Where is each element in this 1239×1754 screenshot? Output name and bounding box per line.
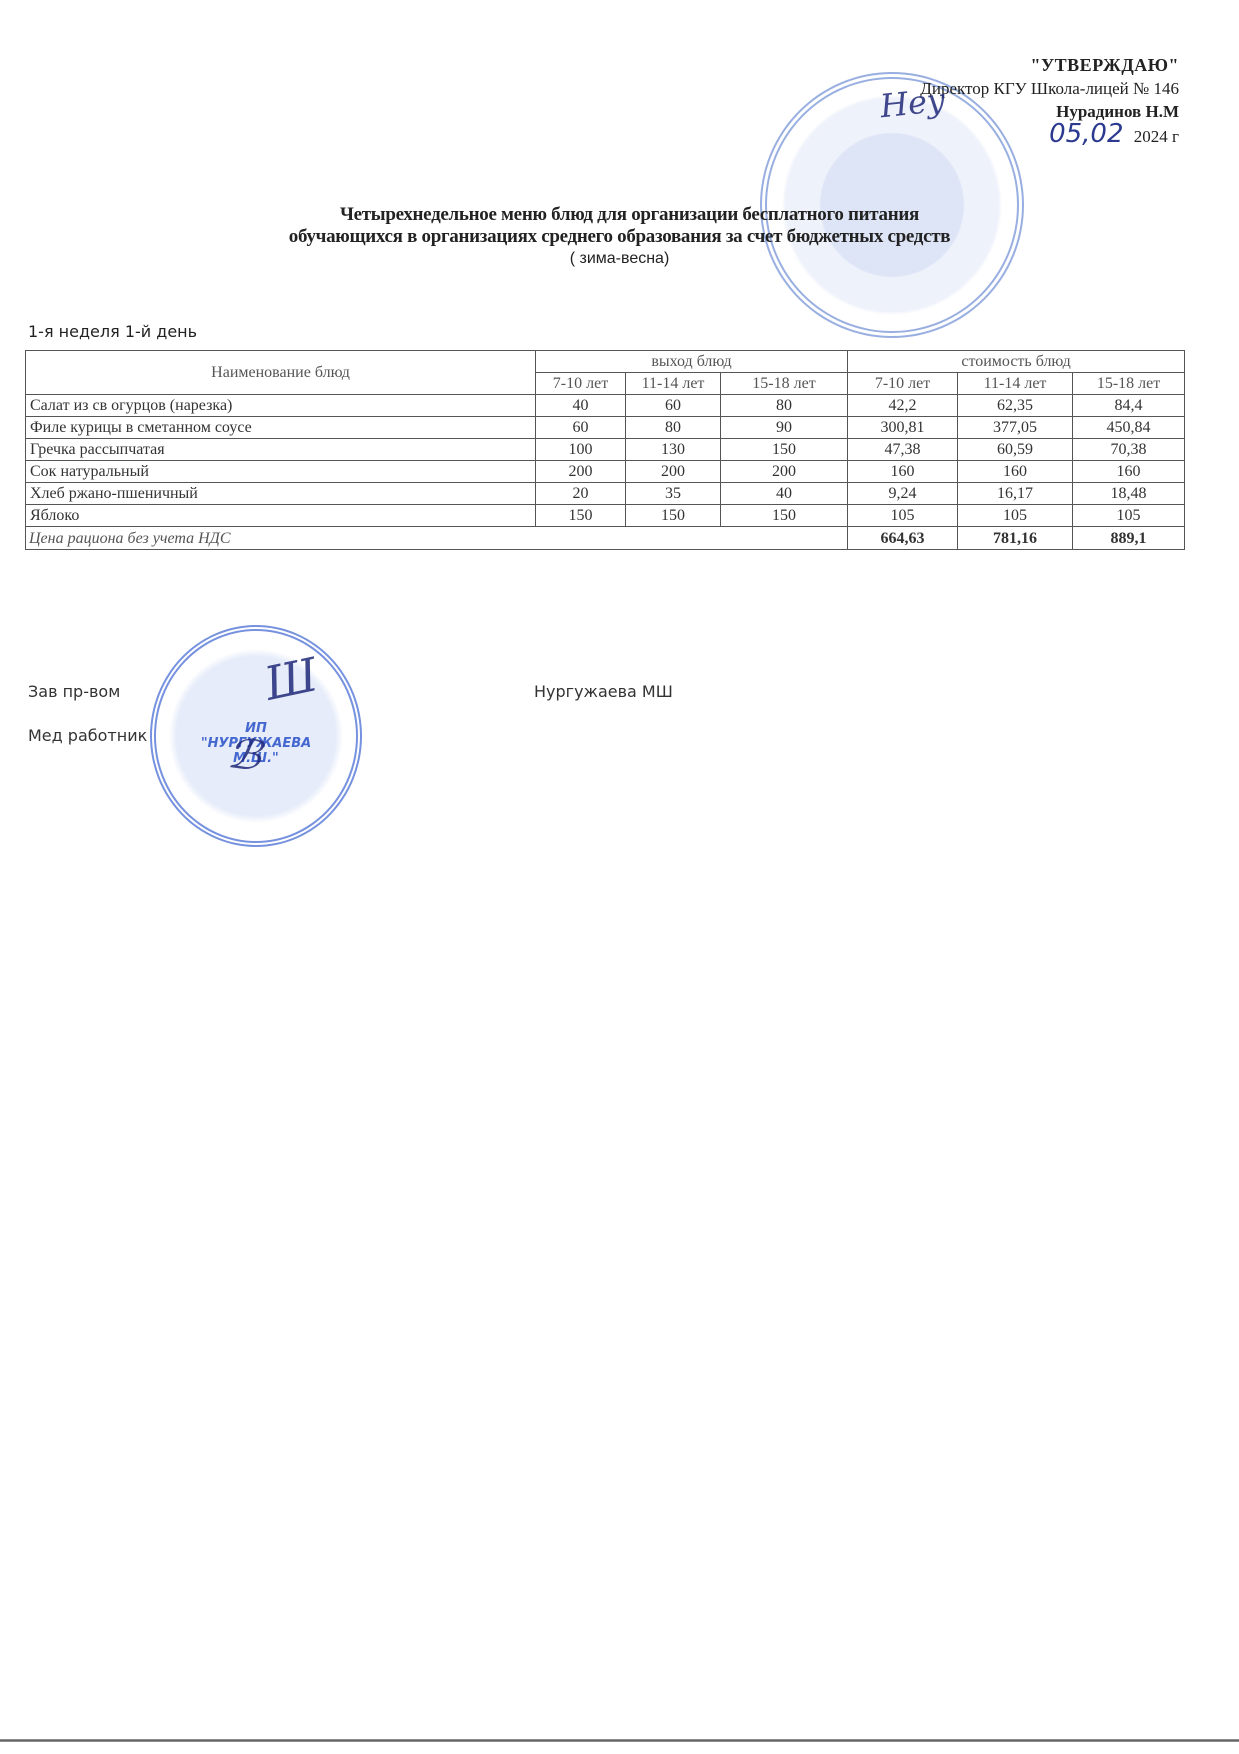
cost-value: 105 [1073,505,1185,527]
portion-value: 150 [721,505,848,527]
table-header-row: Наименование блюд выход блюд стоимость б… [26,351,1185,373]
portion-value: 200 [721,461,848,483]
cost-value: 9,24 [848,483,958,505]
header-age: 7-10 лет [848,373,958,395]
cost-value: 18,48 [1073,483,1185,505]
zav-signature: Ш [260,647,323,711]
entrepreneur-stamp: ИП "НУРГУЖАЕВА М.Ш." [150,625,362,847]
header-age: 11-14 лет [626,373,721,395]
portion-value: 150 [536,505,626,527]
total-value: 664,63 [848,527,958,550]
portion-value: 90 [721,417,848,439]
cost-value: 84,4 [1073,395,1185,417]
approval-block: "УТВЕРЖДАЮ" Директор КГУ Школа-лицей № 1… [920,54,1179,148]
approval-year: 2024 г [1134,127,1179,146]
med-label: Мед работник [28,726,147,745]
total-value: 781,16 [958,527,1073,550]
portion-value: 200 [626,461,721,483]
cost-value: 160 [848,461,958,483]
total-row: Цена рациона без учета НДС 664,63 781,16… [26,527,1185,550]
header-age: 15-18 лет [1073,373,1185,395]
portion-value: 100 [536,439,626,461]
table-row: Гречка рассыпчатая10013015047,3860,5970,… [26,439,1185,461]
header-dish-name: Наименование блюд [26,351,536,395]
header-portion: выход блюд [536,351,848,373]
header-cost: стоимость блюд [848,351,1185,373]
day-label: 1-я неделя 1-й день [28,322,197,341]
table-row: Хлеб ржано-пшеничный2035409,2416,1718,48 [26,483,1185,505]
portion-value: 200 [536,461,626,483]
cost-value: 300,81 [848,417,958,439]
total-label: Цена рациона без учета НДС [26,527,721,550]
page-edge [0,1739,1239,1742]
total-value: 889,1 [1073,527,1185,550]
header-age: 11-14 лет [958,373,1073,395]
header-age: 7-10 лет [536,373,626,395]
cost-value: 47,38 [848,439,958,461]
cost-value: 42,2 [848,395,958,417]
cost-value: 450,84 [1073,417,1185,439]
cost-value: 377,05 [958,417,1073,439]
portion-value: 35 [626,483,721,505]
zav-name: Нургужаева МШ [534,682,673,701]
cost-value: 62,35 [958,395,1073,417]
cost-value: 105 [848,505,958,527]
dish-name: Яблоко [26,505,536,527]
heading-line-1: Четырехнедельное меню блюд для организац… [0,204,1239,226]
med-signature: ℬ [225,728,265,781]
cost-value: 160 [958,461,1073,483]
portion-value: 80 [626,417,721,439]
header-age: 15-18 лет [721,373,848,395]
portion-value: 60 [626,395,721,417]
zav-label: Зав пр-вом [28,682,120,701]
heading-line-2: обучающихся в организациях среднего обра… [0,226,1239,248]
portion-value: 40 [721,483,848,505]
dish-name: Хлеб ржано-пшеничный [26,483,536,505]
cost-value: 160 [1073,461,1185,483]
dish-name: Гречка рассыпчатая [26,439,536,461]
heading-season: ( зима-весна) [0,248,1239,270]
portion-value: 40 [536,395,626,417]
cost-value: 105 [958,505,1073,527]
cost-value: 70,38 [1073,439,1185,461]
approval-title: "УТВЕРЖДАЮ" [920,54,1179,77]
table-row: Салат из св огурцов (нарезка)40608042,26… [26,395,1185,417]
dish-name: Сок натуральный [26,461,536,483]
portion-value: 150 [626,505,721,527]
dish-name: Салат из св огурцов (нарезка) [26,395,536,417]
portion-value: 150 [721,439,848,461]
dish-name: Филе курицы в сметанном соусе [26,417,536,439]
document-heading: Четырехнедельное меню блюд для организац… [0,204,1239,270]
approval-date: 05,02 2024 г [920,123,1179,148]
cost-value: 16,17 [958,483,1073,505]
cost-value: 60,59 [958,439,1073,461]
portion-value: 130 [626,439,721,461]
table-row: Яблоко150150150105105105 [26,505,1185,527]
portion-value: 60 [536,417,626,439]
approval-position: Директор КГУ Школа-лицей № 146 [920,77,1179,100]
approval-date-handwritten: 05,02 [1049,119,1123,149]
stamp-text: ИП "НУРГУЖАЕВА М.Ш." [196,721,316,766]
table-row: Сок натуральный200200200160160160 [26,461,1185,483]
total-spacer [721,527,848,550]
menu-table: Наименование блюд выход блюд стоимость б… [25,350,1185,550]
portion-value: 20 [536,483,626,505]
table-row: Филе курицы в сметанном соусе608090300,8… [26,417,1185,439]
portion-value: 80 [721,395,848,417]
